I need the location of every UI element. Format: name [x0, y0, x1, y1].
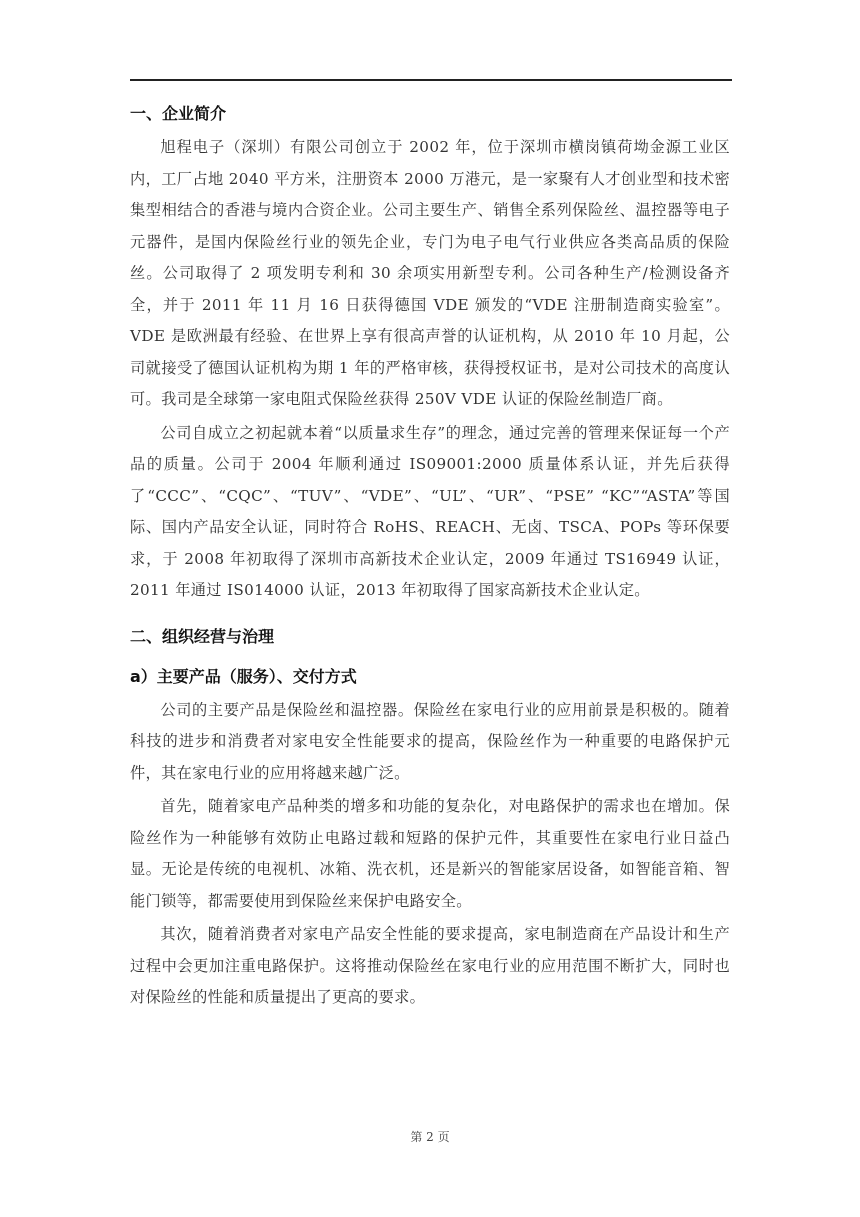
- subsection-heading-products: a）主要产品（服务）、交付方式: [130, 661, 730, 693]
- paragraph-first-point: 首先，随着家电产品种类的增多和功能的复杂化，对电路保护的需求也在增加。保险丝作为…: [130, 791, 730, 917]
- page-number: 第 2 页: [0, 1128, 860, 1145]
- paragraph-company-overview: 旭程电子（深圳）有限公司创立于 2002 年，位于深圳市横岗镇荷坳金源工业区内，…: [130, 132, 730, 416]
- paragraph-second-point: 其次，随着消费者对家电产品安全性能的要求提高，家电制造商在产品设计和生产过程中会…: [130, 919, 730, 1014]
- document-page: 一、企业简介 旭程电子（深圳）有限公司创立于 2002 年，位于深圳市横岗镇荷坳…: [0, 0, 860, 1217]
- paragraph-quality-certifications: 公司自成立之初起就本着“以质量求生存”的理念，通过完善的管理来保证每一个产品的质…: [130, 418, 730, 607]
- page-content: 一、企业简介 旭程电子（深圳）有限公司创立于 2002 年，位于深圳市横岗镇荷坳…: [130, 98, 730, 1014]
- section-heading-company-intro: 一、企业简介: [130, 98, 730, 130]
- section-heading-organization: 二、组织经营与治理: [130, 621, 730, 653]
- header-rule: [130, 79, 732, 81]
- paragraph-main-products: 公司的主要产品是保险丝和温控器。保险丝在家电行业的应用前景是积极的。随着科技的进…: [130, 695, 730, 790]
